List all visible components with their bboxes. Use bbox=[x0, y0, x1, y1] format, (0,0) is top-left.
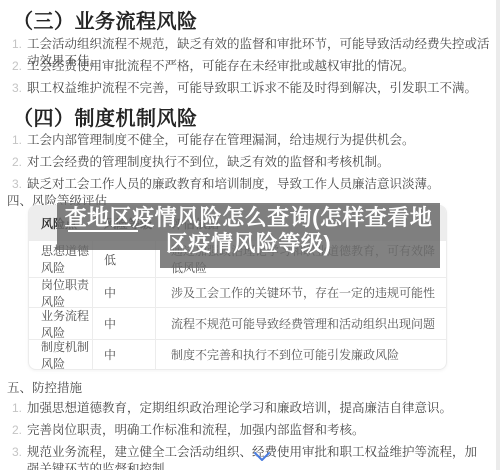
chevron-down-icon[interactable] bbox=[253, 451, 271, 462]
list-item-number: 2. bbox=[12, 154, 27, 171]
overlay-title-line2: 区疫情风险等级) bbox=[57, 231, 440, 257]
list-item-number: 3. bbox=[12, 444, 27, 461]
risk-basis-cell: 流程不规范可能导致经费管理和活动组织出现问题 bbox=[156, 308, 446, 339]
list-item-number: 1. bbox=[12, 400, 27, 417]
list-item: 2. 工会经费使用审批流程不严格，可能存在未经审批或越权审批的情况。 bbox=[12, 58, 490, 75]
list-item-number: 1. bbox=[12, 36, 27, 53]
list-item: 2. 完善岗位职责，明确工作标准和流程，加强内部监督和考核。 bbox=[12, 422, 482, 439]
list-item-text: 工会内部管理制度不健全，可能存在管理漏洞，给违规行为提供机会。 bbox=[27, 132, 415, 149]
list-item: 1. 工会内部管理制度不健全，可能存在管理漏洞，给违规行为提供机会。 bbox=[12, 132, 490, 149]
risk-point-cell: 制度机制风险 bbox=[29, 340, 93, 369]
list-item: 3. 职工权益维护流程不完善，可能导致职工诉求不能及时得到解决，引发职工不满。 bbox=[12, 80, 490, 97]
risk-point-cell: 业务流程风险 bbox=[29, 308, 93, 339]
list-item-number: 2. bbox=[12, 58, 27, 75]
list-item-text: 加强思想道德教育，定期组织政治理论学习和廉政培训，提高廉洁自律意识。 bbox=[27, 400, 452, 417]
list-item-number: 3. bbox=[12, 80, 27, 97]
list-item-number: 2. bbox=[12, 422, 27, 439]
list-item-text: 对工会经费的管理制度执行不到位，缺乏有效的监督和考核机制。 bbox=[27, 154, 390, 171]
risk-level-cell: 中 bbox=[93, 340, 156, 369]
table-row: 业务流程风险 中 流程不规范可能导致经费管理和活动组织出现问题 bbox=[29, 307, 446, 339]
section4-heading: （四）制度机制风险 bbox=[13, 102, 198, 131]
table-row: 岗位职责风险 中 涉及工会工作的关键环节，存在一定的违规可能性 bbox=[29, 277, 446, 307]
table-row: 制度机制风险 中 制度不完善和执行不到位可能引发廉政风险 bbox=[29, 339, 446, 369]
overlay-title-line1: 查地区疫情风险怎么查询(怎样查看地 bbox=[57, 205, 440, 231]
risk-point-cell: 岗位职责风险 bbox=[29, 278, 93, 307]
list-item: 1. 加强思想道德教育，定期组织政治理论学习和廉政培训，提高廉洁自律意识。 bbox=[12, 400, 482, 417]
list-item: 3. 规范业务流程，建立健全工会活动组织、经费使用审批和职工权益维护等流程，加强… bbox=[12, 444, 489, 470]
overlay-title-underline bbox=[68, 230, 138, 232]
list-item-text: 工会经费使用审批流程不严格，可能存在未经审批或越权审批的情况。 bbox=[27, 58, 415, 75]
section3-heading: （三）业务流程风险 bbox=[13, 5, 198, 34]
page-edge-divider bbox=[496, 0, 500, 470]
list-item-number: 1. bbox=[12, 132, 27, 149]
risk-level-cell: 中 bbox=[93, 308, 156, 339]
risk-level-cell: 中 bbox=[93, 278, 156, 307]
list-item-text: 完善岗位职责，明确工作标准和流程，加强内部监督和考核。 bbox=[27, 422, 365, 439]
risk-basis-cell: 涉及工会工作的关键环节，存在一定的违规可能性 bbox=[156, 278, 446, 307]
list-item-text: 职工权益维护流程不完善，可能导致职工诉求不能及时得到解决，引发职工不满。 bbox=[27, 80, 477, 97]
risk-basis-cell: 制度不完善和执行不到位可能引发廉政风险 bbox=[156, 340, 446, 369]
list-item: 2. 对工会经费的管理制度执行不到位，缺乏有效的监督和考核机制。 bbox=[12, 154, 490, 171]
measures-label: 五、防控措施 bbox=[7, 378, 82, 396]
